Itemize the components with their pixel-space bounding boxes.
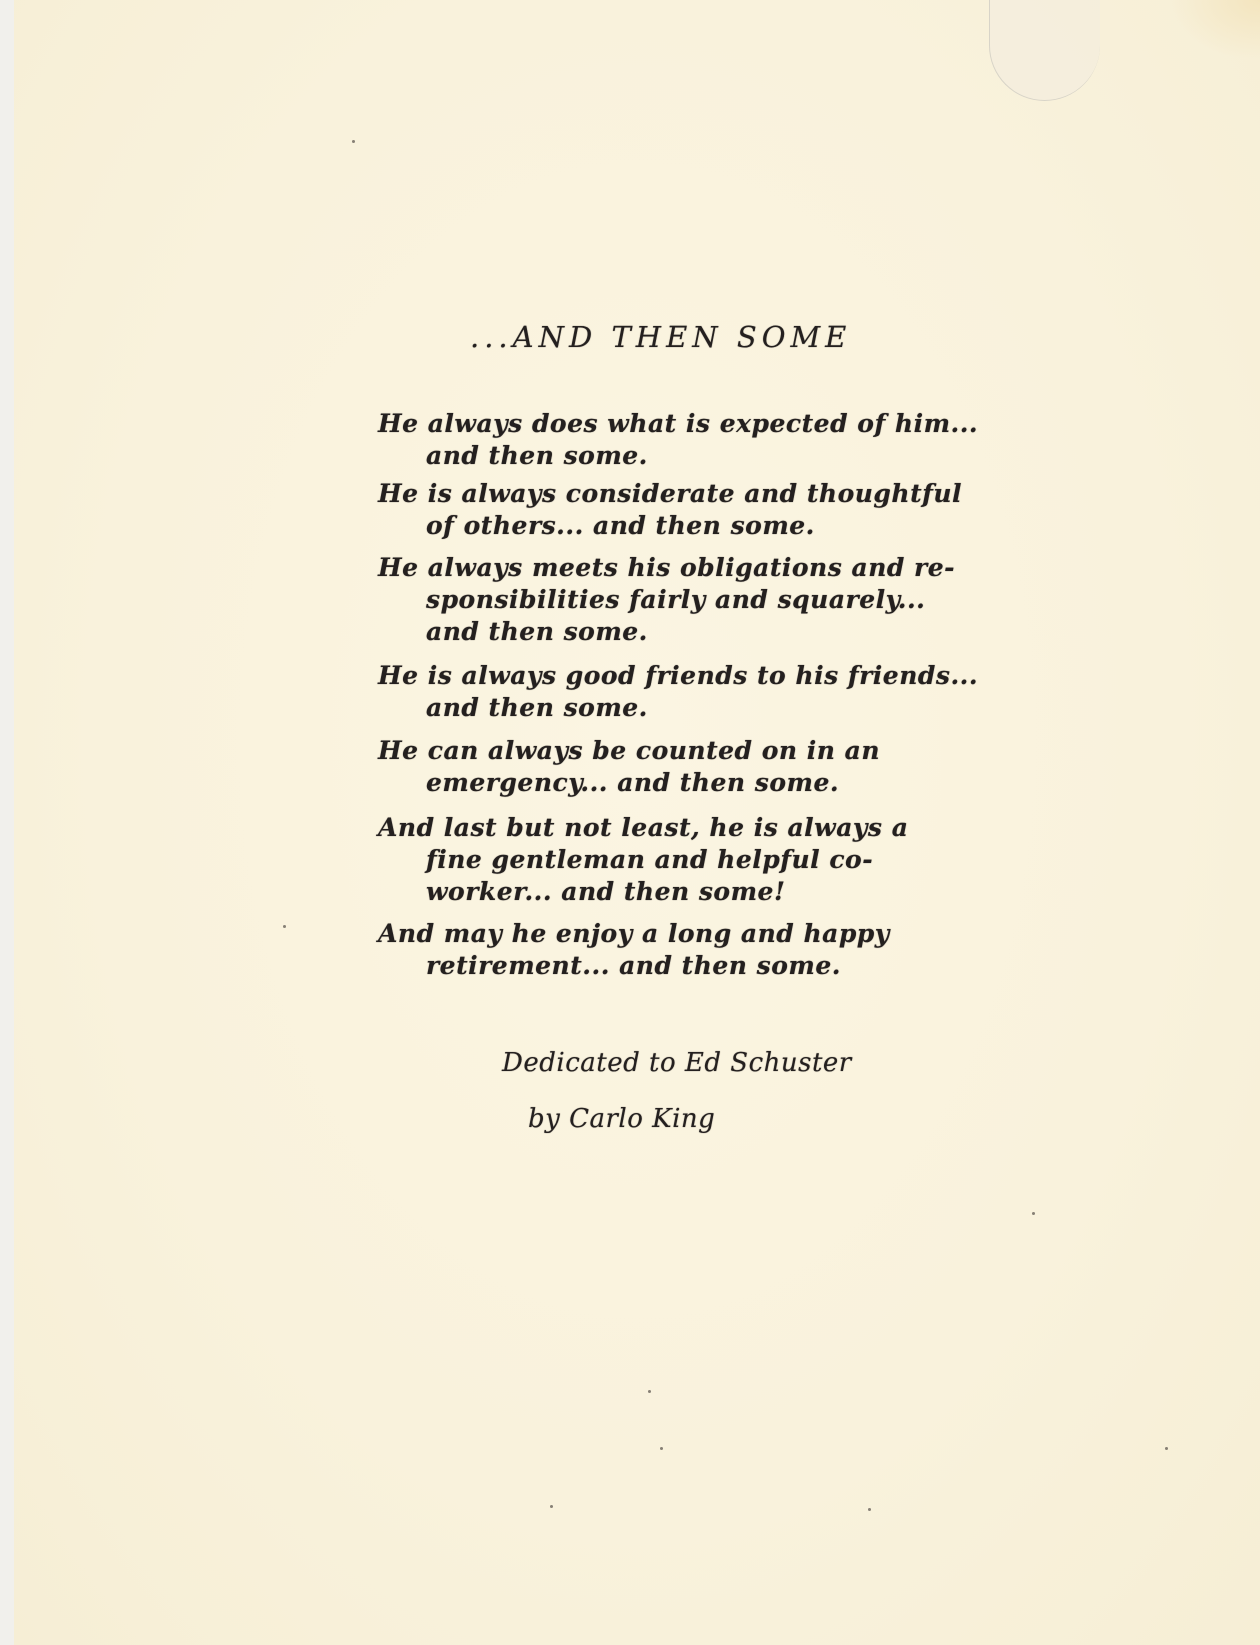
stanza-3: He always meets his obligations and re- …: [378, 552, 955, 648]
stanza-line: He can always be counted on in an: [378, 735, 880, 767]
stanza-line: sponsibilities fairly and squarely...: [378, 584, 955, 616]
stanza-7: And may he enjoy a long and happy retire…: [378, 918, 890, 982]
stanza-line: He is always good friends to his friends…: [378, 660, 978, 692]
stanza-line: retirement... and then some.: [378, 950, 890, 982]
stanza-line: and then some.: [378, 692, 978, 724]
paper-speck: [1032, 1212, 1035, 1215]
paper-speck: [283, 925, 286, 928]
stanza-2: He is always considerate and thoughtful …: [378, 478, 962, 542]
dedication: Dedicated to Ed Schuster: [502, 1048, 852, 1078]
paper-speck: [550, 1505, 553, 1508]
stanza-line: He always does what is expected of him..…: [378, 408, 978, 440]
stanza-line: And may he enjoy a long and happy: [378, 918, 890, 950]
stanza-4: He is always good friends to his friends…: [378, 660, 978, 724]
stanza-line: He always meets his obligations and re-: [378, 552, 955, 584]
paper-speck: [660, 1447, 663, 1450]
stanza-line: He is always considerate and thoughtful: [378, 478, 962, 510]
paper-speck: [1165, 1447, 1168, 1450]
paper-stain: [1170, 0, 1260, 60]
paper-speck: [648, 1390, 651, 1393]
stanza-5: He can always be counted on in an emerge…: [378, 735, 880, 799]
scan-edge: [0, 0, 14, 1645]
stanza-line: And last but not least, he is always a: [378, 812, 908, 844]
stanza-1: He always does what is expected of him..…: [378, 408, 978, 472]
poem-title: ...AND THEN SOME: [470, 320, 851, 354]
paper-speck: [352, 140, 355, 143]
stanza-line: and then some.: [378, 440, 978, 472]
circular-sticker-mark: [989, 0, 1100, 101]
author-byline: by Carlo King: [528, 1104, 715, 1134]
stanza-line: and then some.: [378, 616, 955, 648]
stanza-line: emergency... and then some.: [378, 767, 880, 799]
stanza-line: worker... and then some!: [378, 876, 908, 908]
stanza-6: And last but not least, he is always a f…: [378, 812, 908, 908]
paper-speck: [868, 1508, 871, 1511]
stanza-line: of others... and then some.: [378, 510, 962, 542]
stanza-line: fine gentleman and helpful co-: [378, 844, 908, 876]
